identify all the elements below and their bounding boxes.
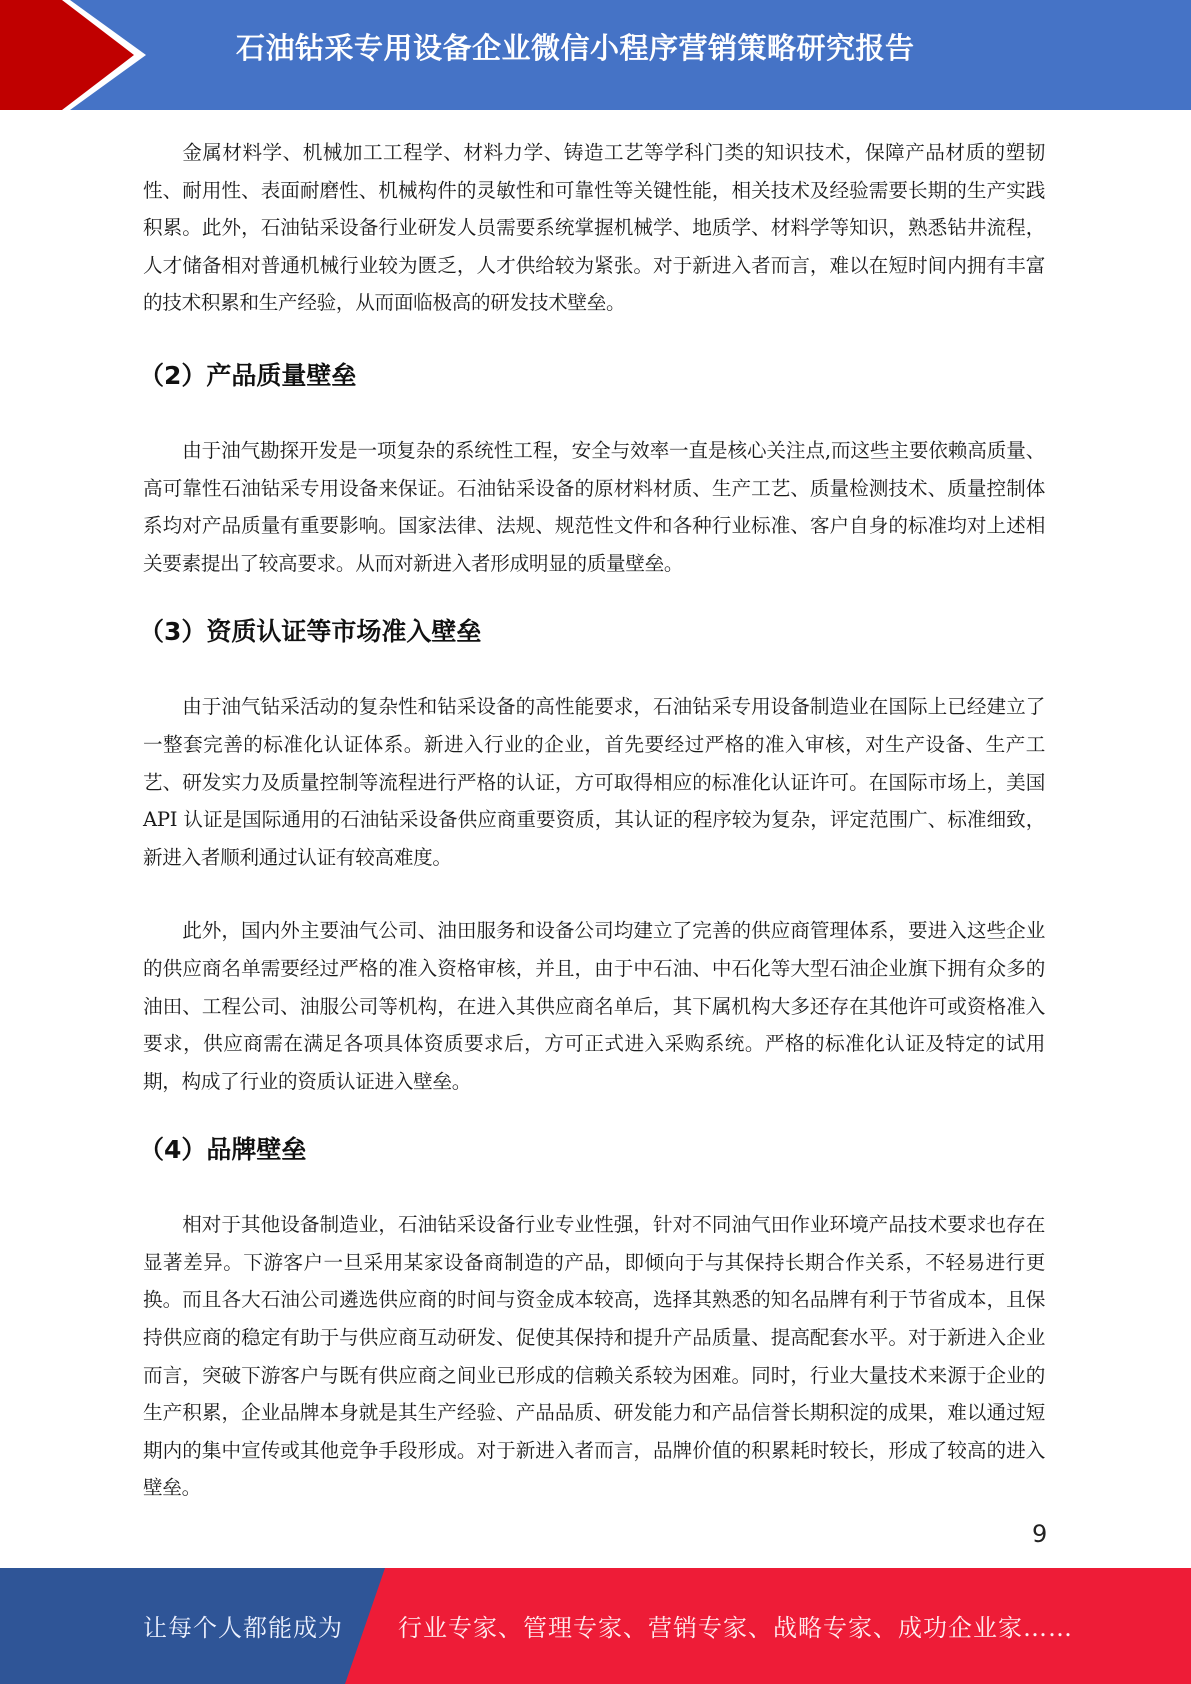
paragraph: 相对于其他设备制造业，石油钻采设备行业专业性强，针对不同油气田作业环境产品技术要… [143, 1206, 1045, 1507]
paragraph: 此外，国内外主要油气公司、油田服务和设备公司均建立了完善的供应商管理体系，要进入… [143, 912, 1045, 1100]
document-body: 金属材料学、机械加工工程学、材料力学、铸造工艺等学科门类的知识技术，保障产品材质… [143, 134, 1045, 1507]
page-footer: 让每个人都能成为 行业专家、管理专家、营销专家、战略专家、成功企业家…… [0, 1568, 1191, 1684]
report-title: 石油钻采专用设备企业微信小程序营销策略研究报告 [236, 26, 915, 67]
section-heading-product-quality: （2）产品质量壁垒 [139, 356, 1045, 392]
paragraph: 由于油气钻采活动的复杂性和钻采设备的高性能要求，石油钻采专用设备制造业在国际上已… [143, 688, 1045, 876]
section-heading-qualification: （3）资质认证等市场准入壁垒 [139, 612, 1045, 648]
page-number: 9 [1032, 1520, 1047, 1548]
paragraph: 由于油气勘探开发是一项复杂的系统性工程，安全与效率一直是核心关注点,而这些主要依… [143, 432, 1045, 582]
red-arrow-decoration [0, 0, 200, 110]
section-heading-brand: （4）品牌壁垒 [139, 1130, 1045, 1166]
page-header: 石油钻采专用设备企业微信小程序营销策略研究报告 [0, 0, 1191, 110]
paragraph: 金属材料学、机械加工工程学、材料力学、铸造工艺等学科门类的知识技术，保障产品材质… [143, 134, 1045, 322]
footer-slogan-left: 让每个人都能成为 [143, 1608, 343, 1643]
footer-slogan-right: 行业专家、管理专家、营销专家、战略专家、成功企业家…… [398, 1608, 1073, 1643]
